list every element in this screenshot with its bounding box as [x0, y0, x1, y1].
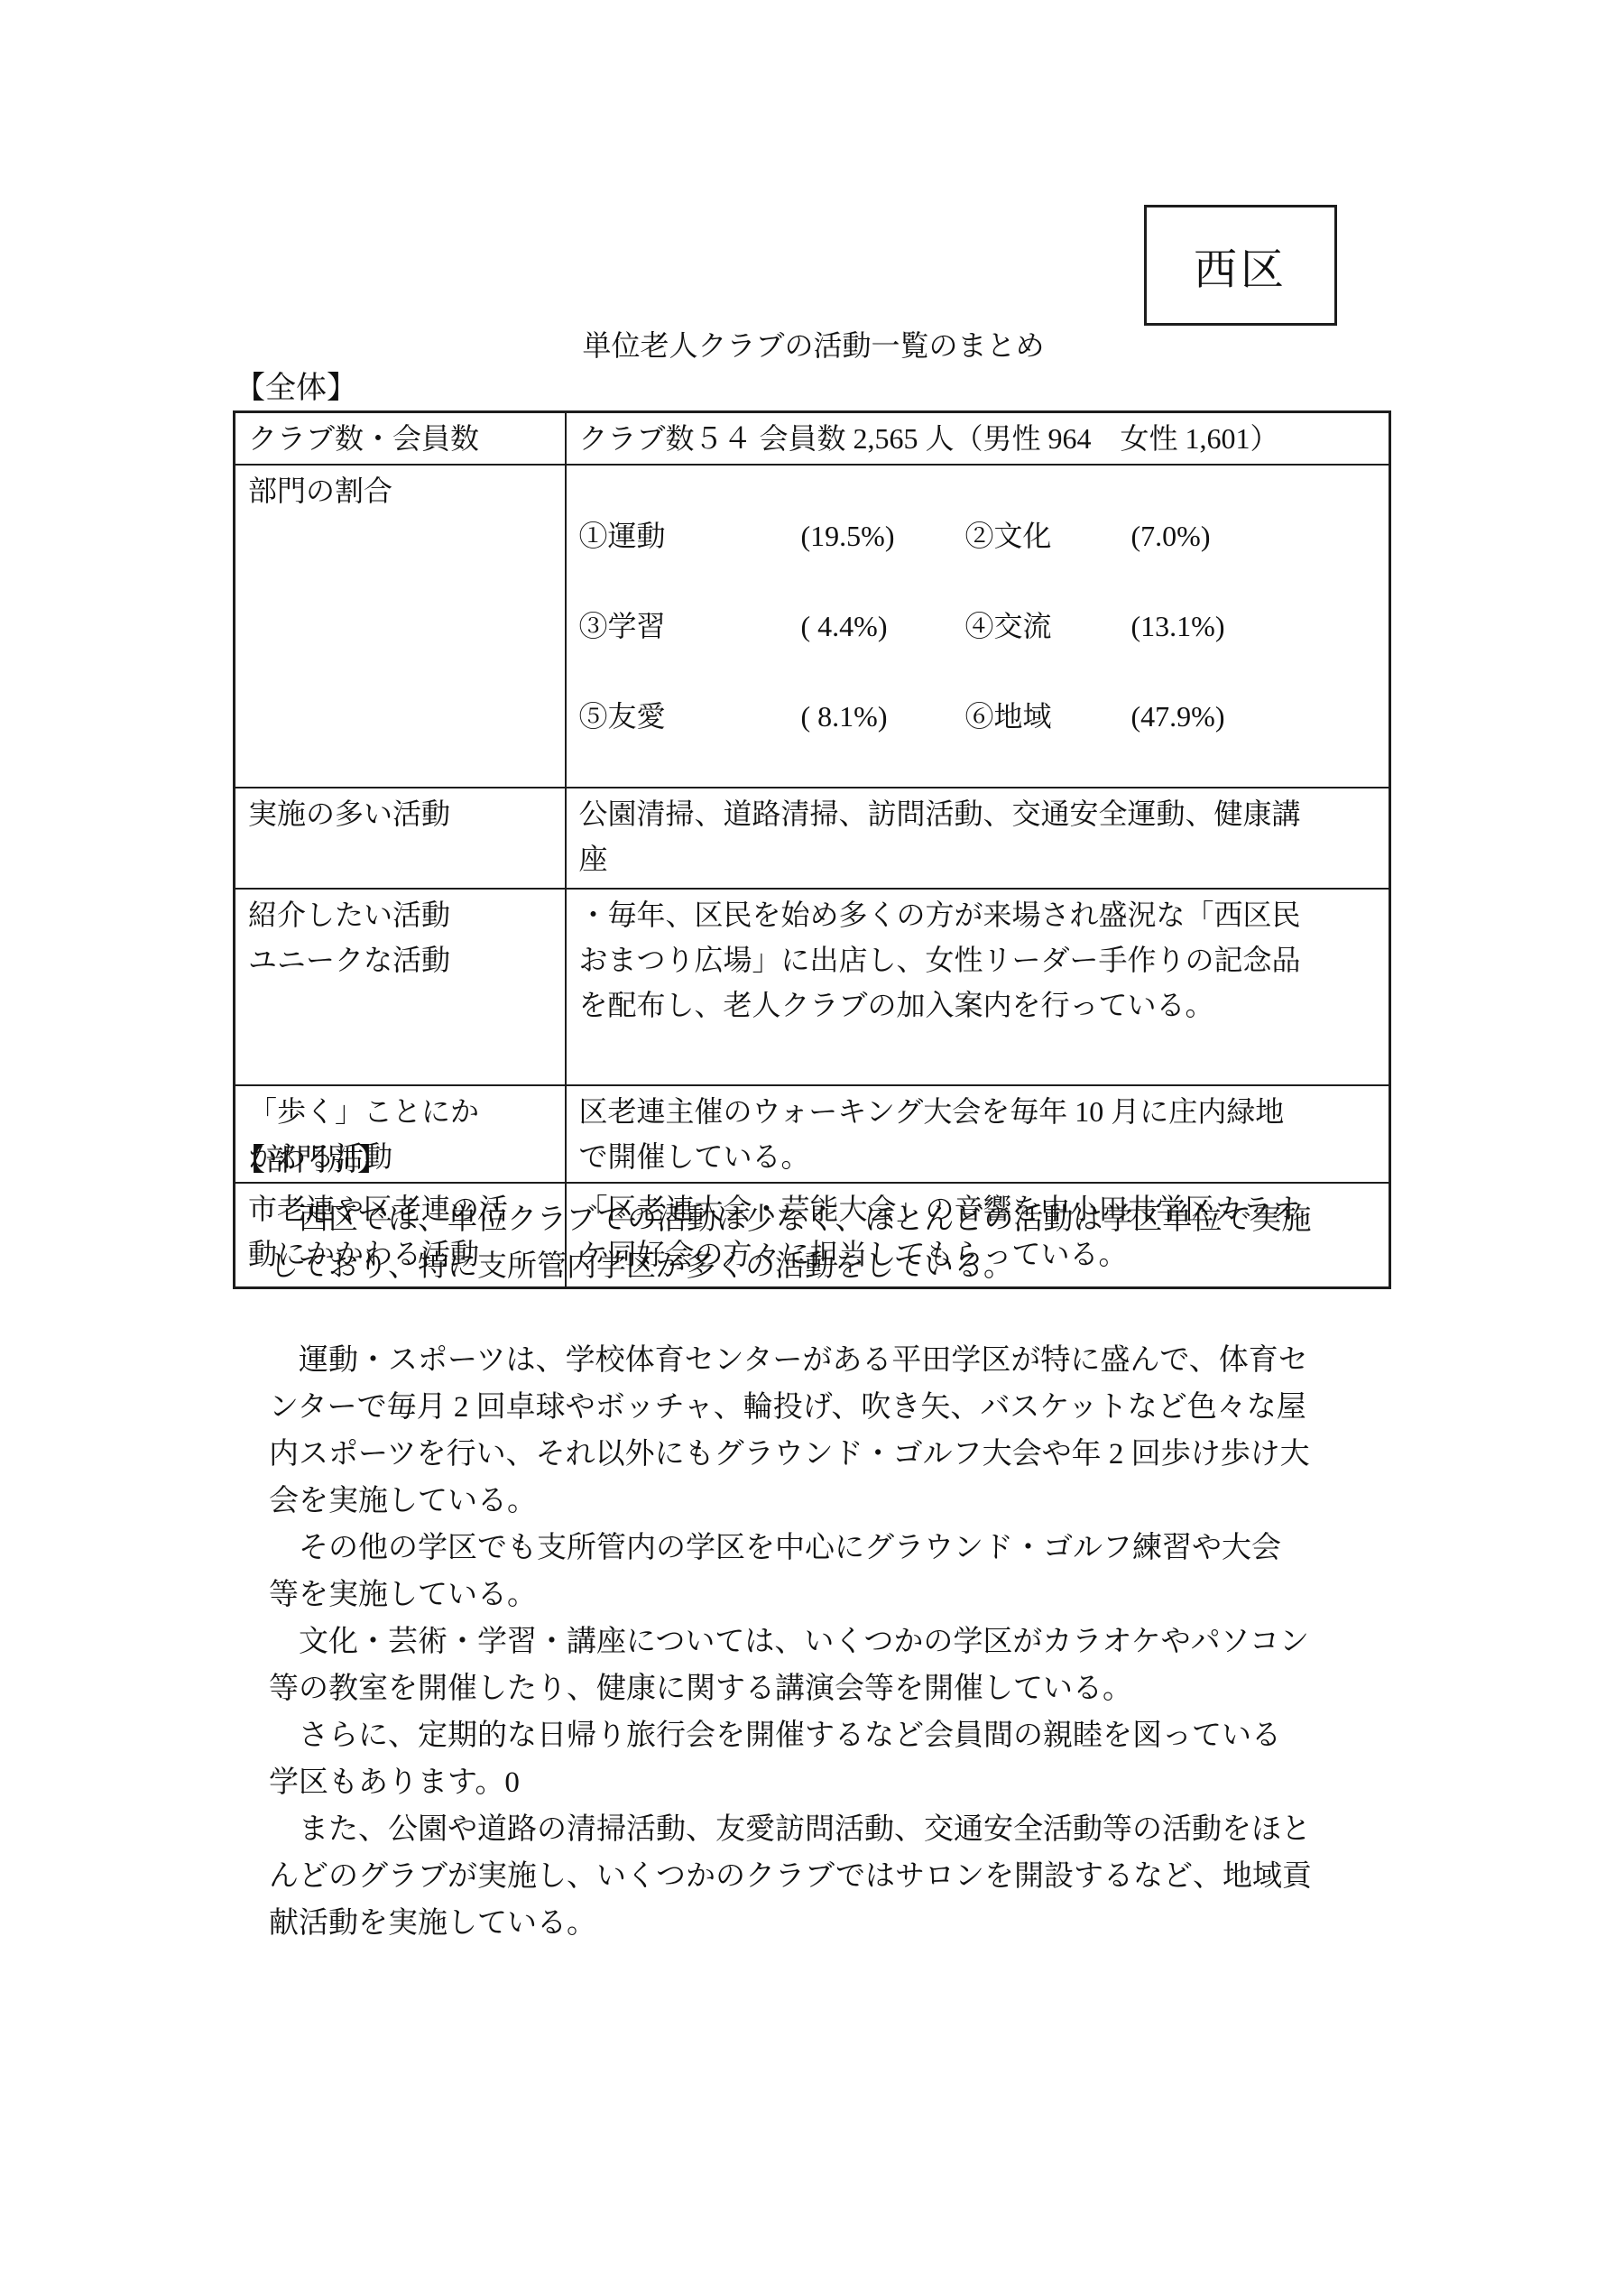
ratio-percent: ( 8.1%): [801, 694, 965, 739]
ratio-percent: (47.9%): [1131, 694, 1225, 739]
table-row-label: 紹介したい活動 ユニークな活動: [235, 889, 566, 1085]
document-page: 西区 単位老人クラブの活動一覧のまとめ 【全体】 クラブ数・会員数 クラブ数５４…: [0, 0, 1624, 2296]
table-row-label: 実施の多い活動: [235, 788, 566, 889]
ratio-line: ①運動 (19.5%) ②文化 (7.0%): [579, 513, 1379, 558]
ratio-percent: (13.1%): [1131, 604, 1225, 649]
section-heading-overall: 【全体】: [235, 370, 357, 408]
paragraph-overview: 西区では、単位クラブでの活動は少なく、ほとんどの活動は学区単位で実施 しており、…: [269, 1196, 1398, 1290]
summary-table: クラブ数・会員数 クラブ数５４ 会員数 2,565 人（男性 964 女性 1,…: [233, 410, 1391, 1289]
table-row-common-activities: 実施の多い活動 公園清掃、道路清掃、訪問活動、交通安全運動、健康講 座: [235, 788, 1390, 889]
table-row-label: クラブ数・会員数: [235, 412, 566, 466]
ratio-percent: (7.0%): [1131, 513, 1211, 558]
ratio-item: ⑤友愛: [579, 694, 801, 739]
page-title: 単位老人クラブの活動一覧のまとめ: [233, 327, 1394, 364]
ratio-percent: (19.5%): [801, 513, 965, 558]
ratio-percent: ( 4.4%): [801, 604, 965, 649]
table-row-value: ①運動 (19.5%) ②文化 (7.0%) ③学習 ( 4.4%) ④交流 (…: [566, 465, 1390, 788]
dept-section-body: 西区では、単位クラブでの活動は少なく、ほとんどの活動は学区単位で実施 しており、…: [269, 1196, 1398, 1947]
ratio-item: ⑥地域: [965, 694, 1131, 739]
paragraph-community: また、公園や道路の清掃活動、友愛訪問活動、交通安全活動等の活動をほと んどのグラ…: [269, 1806, 1398, 1947]
table-row-label: 部門の割合: [235, 465, 566, 788]
ratio-line: ③学習 ( 4.4%) ④交流 (13.1%): [579, 604, 1379, 649]
ratio-item: ③学習: [579, 604, 801, 649]
paragraph-other-districts: その他の学区でも支所管内の学区を中心にグラウンド・ゴルフ練習や大会 等を実施して…: [269, 1525, 1398, 1618]
ward-box: 西区: [1144, 205, 1337, 326]
ratio-item: ④交流: [965, 604, 1131, 649]
table-row-club-count: クラブ数・会員数 クラブ数５４ 会員数 2,565 人（男性 964 女性 1,…: [235, 412, 1390, 466]
paragraph-trips: さらに、定期的な日帰り旅行会を開催するなど会員間の親睦を図っている 学区もありま…: [269, 1712, 1398, 1806]
ward-label: 西区: [1194, 235, 1287, 297]
ratio-item: ①運動: [579, 513, 801, 558]
ratio-item: ②文化: [965, 513, 1131, 558]
paragraph-culture: 文化・芸術・学習・講座については、いくつかの学区がカラオケやパソコン 等の教室を…: [269, 1618, 1398, 1712]
table-row-unique-activities: 紹介したい活動 ユニークな活動 ・毎年、区民を始め多くの方が来場され盛況な「西区…: [235, 889, 1390, 1085]
table-row-value: 区老連主催のウォーキング大会を毎年 10 月に庄内緑地 で開催している。: [566, 1085, 1390, 1183]
section-heading-dept: 【部門別】: [235, 1142, 388, 1180]
paragraph-sports: 運動・スポーツは、学校体育センターがある平田学区が特に盛んで、体育セ ンターで毎…: [269, 1337, 1398, 1525]
table-row-dept-ratio: 部門の割合 ①運動 (19.5%) ②文化 (7.0%) ③学習 ( 4.4%)…: [235, 465, 1390, 788]
table-row-value: 公園清掃、道路清掃、訪問活動、交通安全運動、健康講 座: [566, 788, 1390, 889]
table-row-walking-activities: 「歩く」ことにか かわる活動 区老連主催のウォーキング大会を毎年 10 月に庄内…: [235, 1085, 1390, 1183]
ratio-line: ⑤友愛 ( 8.1%) ⑥地域 (47.9%): [579, 694, 1379, 739]
table-row-value: クラブ数５４ 会員数 2,565 人（男性 964 女性 1,601）: [566, 412, 1390, 466]
table-row-value: ・毎年、区民を始め多くの方が来場され盛況な「西区民 おまつり広場」に出店し、女性…: [566, 889, 1390, 1085]
